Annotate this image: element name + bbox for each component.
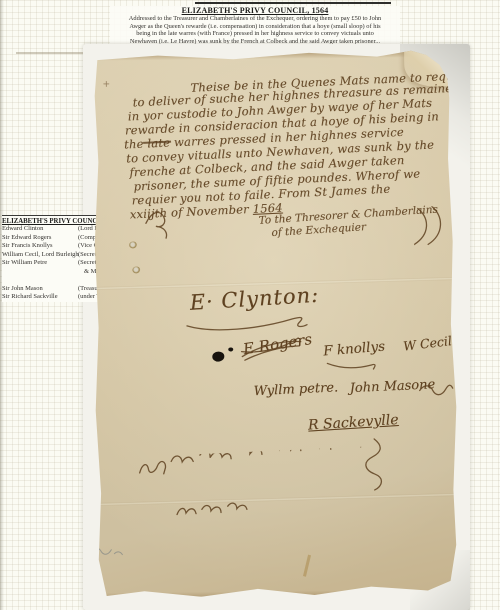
member-name: Sir Richard Sackville [2,293,58,302]
council-member-row: William Cecil, Lord Burleigh (Secretar [2,251,106,260]
docket-script-short-line [174,499,265,523]
caption-label: ELIZABETH'S PRIVY COUNCIL, 1564 Addresse… [110,6,400,46]
council-member-row: Sir Francis Knollys (Vice Ch [2,242,106,251]
signature-knollys: F knollys [323,339,386,360]
member-name: Sir Francis Knollys [2,242,53,251]
scan-edge-shadow [0,0,4,610]
member-name: Sir William Petre [2,259,47,268]
fold-crease [94,493,457,506]
member-name: Sir Edward Rogers [2,234,51,243]
mason-tail-flourish [418,382,454,396]
council-member-row: & Mar [2,268,106,277]
council-list-label: ELIZABETH'S PRIVY COUNCIL, 15 Edward Cli… [2,215,106,302]
worm-hole [132,266,140,273]
caption-line: being in the late warres (with France) p… [110,30,400,38]
ink-blot-small [228,347,233,351]
caption-line: Awger as the Queen's rewarde (i.e. compe… [110,23,400,31]
docket-script-line [136,443,457,487]
subscription-flourish [414,206,442,250]
caption-line: Addressed to the Treasurer and Chamberla… [110,15,400,23]
council-member-row: Sir John Mason (Treasur [2,285,106,294]
council-member-row: Sir William Petre (Secreta [2,259,106,268]
ink-blot [212,352,224,362]
list-gap [2,277,106,285]
surface-scratch [303,555,311,577]
manuscript-document: + Theise be in the Quenes Mats name to r… [82,48,466,604]
rogers-crossout-scribble [238,333,311,367]
signature-petre: Wyllm petre. [253,380,338,399]
signature-sackville: R Sackevylle [308,412,399,434]
knollys-underline-flourish [325,359,379,372]
worm-hole [129,241,137,248]
subscription-address: To the Thresorer & Chamberlains of the E… [258,204,439,240]
council-member-row: Edward Clinton (Lord H [2,225,106,234]
council-member-row: Sir Richard Sackville (under T [2,293,106,302]
council-member-row: Sir Edward Rogers (Compt [2,234,106,243]
signature-clinton: E· Clynton: [189,283,320,315]
album-page: ELIZABETH'S PRIVY COUNCIL, 1564 Addresse… [0,0,500,610]
top-rule-line [195,2,391,4]
signature-cecil: W Cecill [402,333,456,354]
margin-cross-mark: + [102,80,110,90]
member-office: (Treasur [78,285,100,294]
paraph-flourish [140,205,174,241]
mount-edge-line [16,52,86,54]
member-office: (Compt [78,234,98,243]
member-name: Sir John Mason [2,285,43,294]
member-name: Edward Clinton [2,225,43,234]
member-name: William Cecil, Lord Burleigh [2,251,79,260]
caption-title: ELIZABETH'S PRIVY COUNCIL, 1564 [110,6,400,15]
council-list-title: ELIZABETH'S PRIVY COUNCIL, 15 [2,218,106,225]
